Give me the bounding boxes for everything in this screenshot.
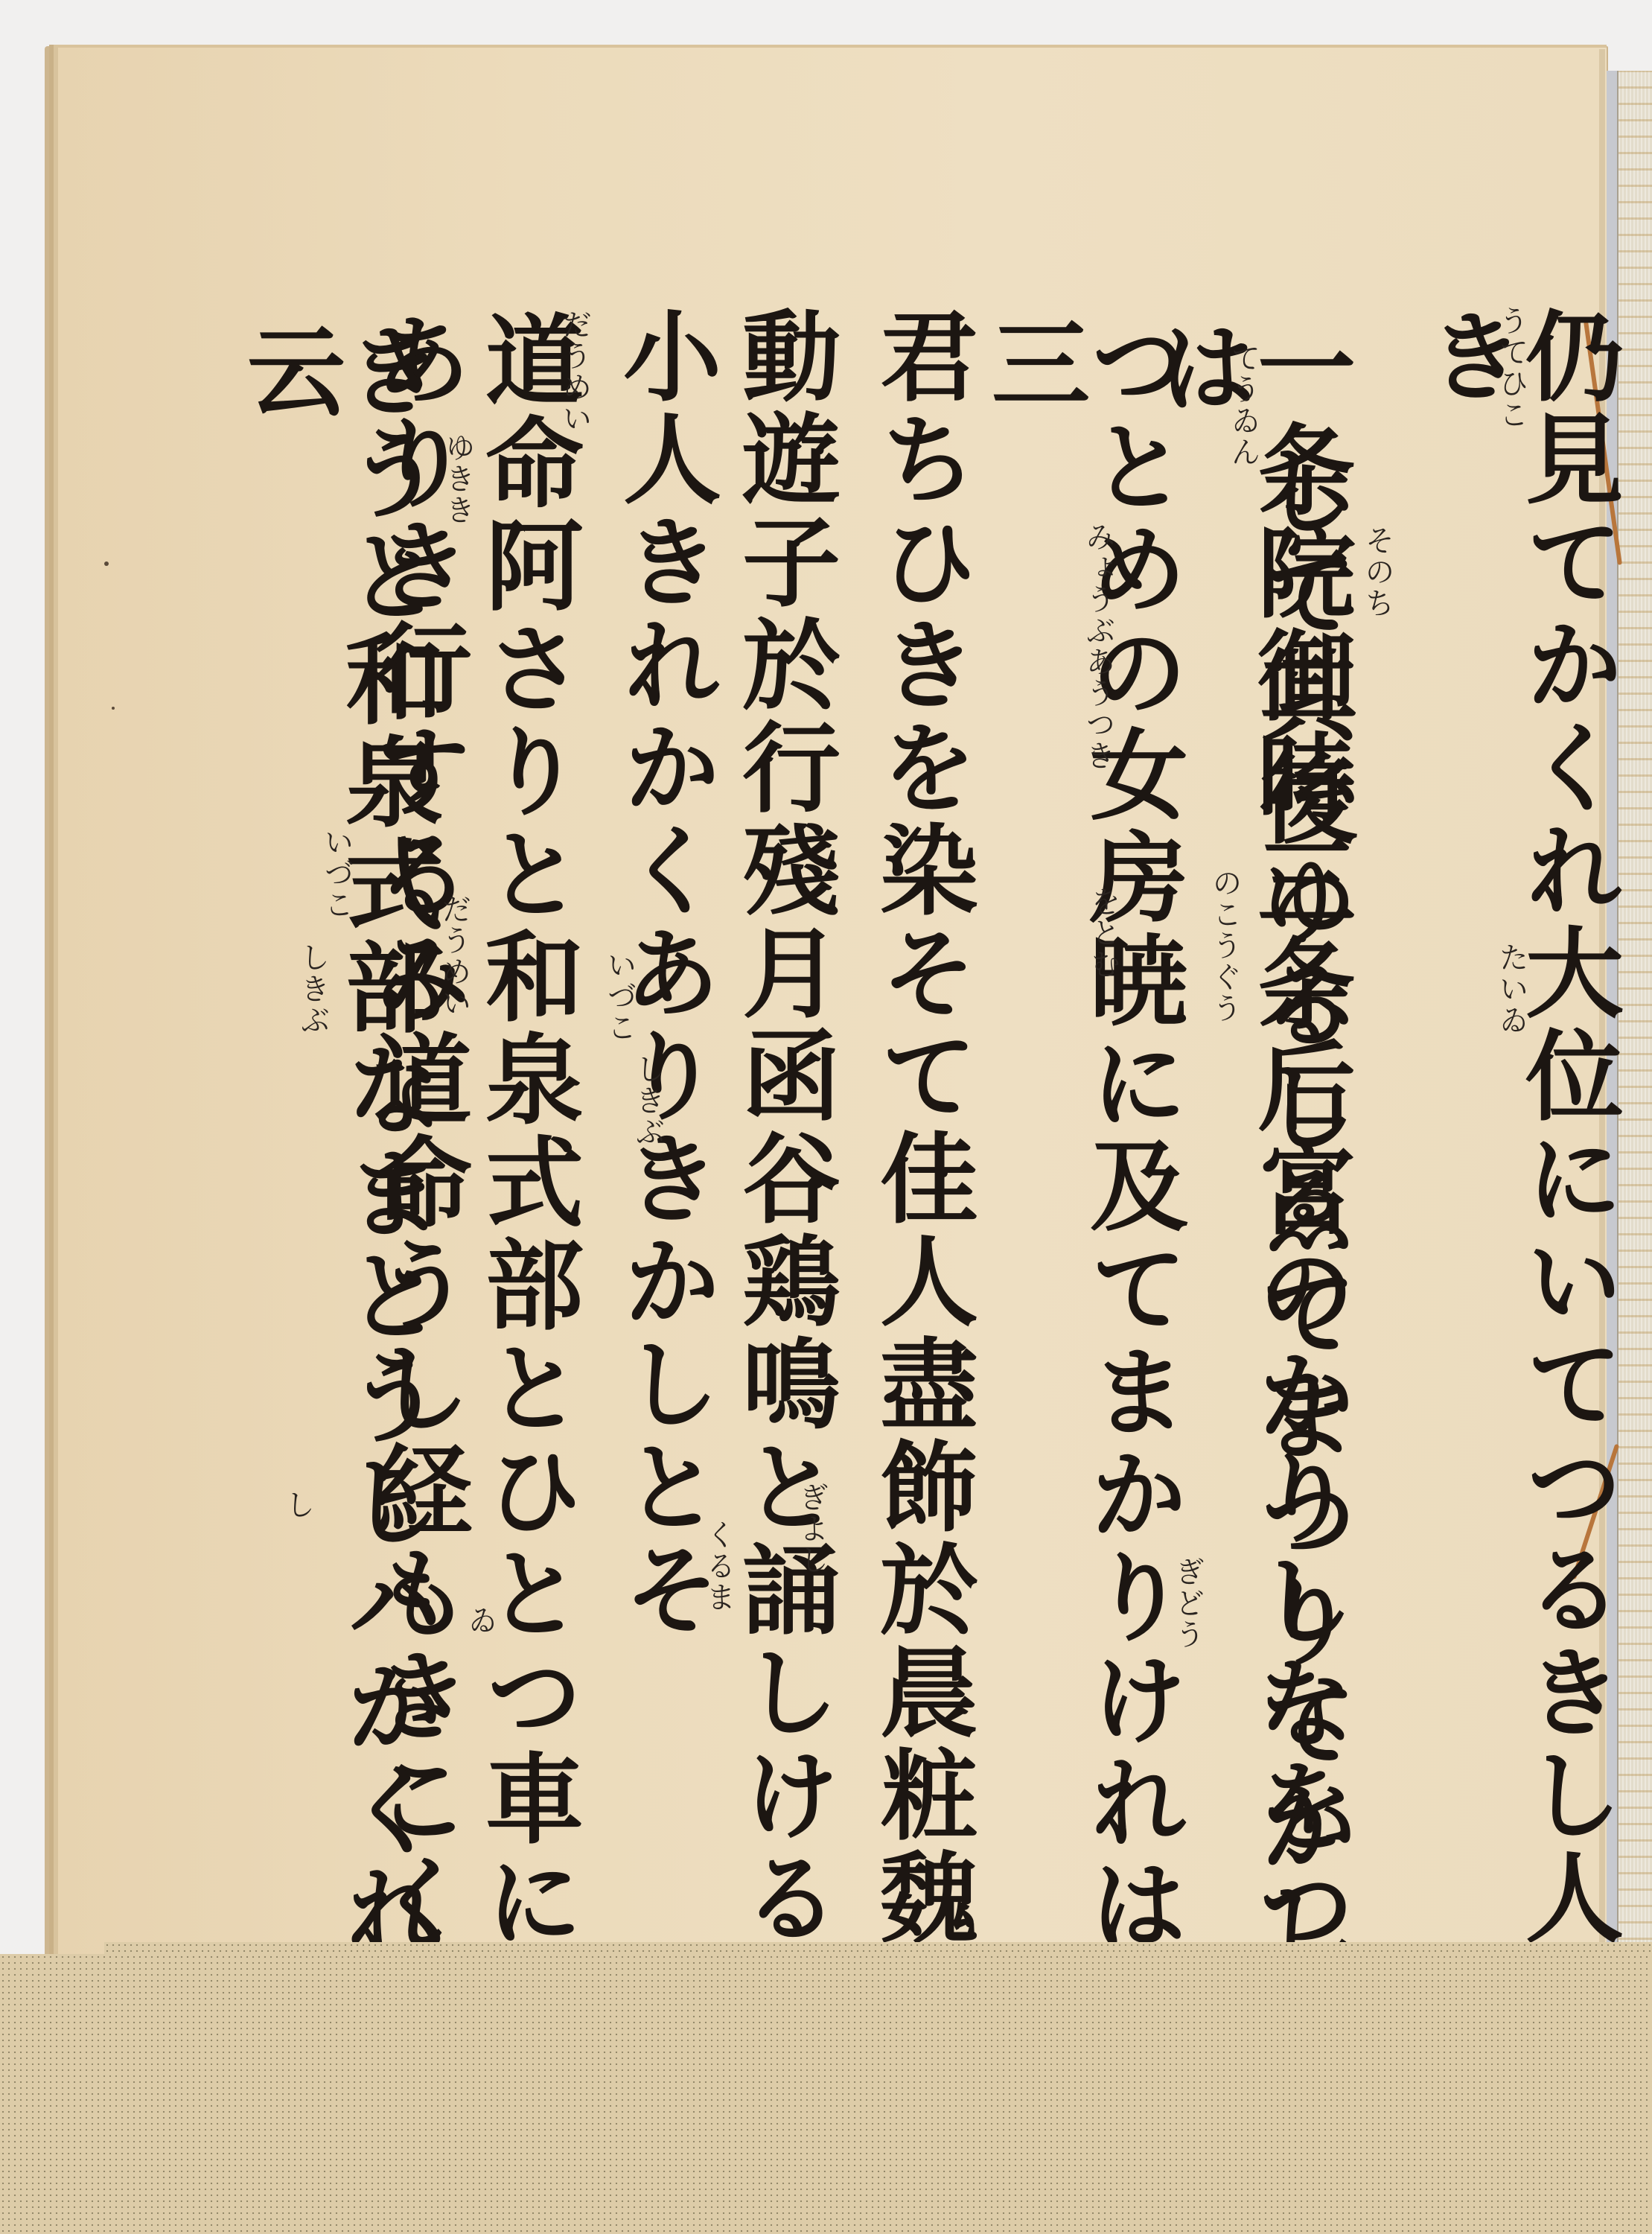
furigana: ゐ: [465, 1605, 495, 1636]
paper-speck: [112, 707, 115, 710]
furigana: のこうぐう: [1210, 868, 1240, 1024]
furigana: そのち: [1362, 525, 1392, 619]
furigana: しきぶ: [633, 1054, 663, 1148]
furigana: し: [283, 1489, 313, 1521]
furigana: だうめい: [439, 894, 469, 1019]
noise-overlay: [0, 1954, 1652, 2234]
furigana: ゆきき: [443, 432, 473, 526]
furigana: いづこ: [605, 949, 634, 1043]
furigana: てうゐん: [1228, 343, 1258, 468]
furigana: くるま: [704, 1519, 733, 1613]
furigana: たいゐ: [1496, 942, 1526, 1036]
furigana: だうめい: [560, 309, 590, 434]
furigana: ぎよし: [797, 1482, 826, 1576]
text-column-5: 君ちひきを染そて佳人盡飾於晨粧魏宮: [871, 305, 969, 2052]
furigana: をとむ: [1088, 886, 1118, 980]
furigana: うてひこ: [1496, 305, 1526, 430]
furigana: ぎどう: [1173, 1556, 1202, 1650]
paper-speck: [104, 561, 109, 566]
text-column-6: 動遊子於行殘月函谷鶏鳴と誦しける: [733, 305, 832, 1950]
furigana: みょうぶあうつき: [1083, 521, 1113, 771]
furigana: しきぶ: [298, 942, 328, 1036]
text-column-8: 道命阿さりと和泉式部とひとつ車に: [476, 309, 575, 1953]
furigana: いづこ: [322, 827, 351, 920]
